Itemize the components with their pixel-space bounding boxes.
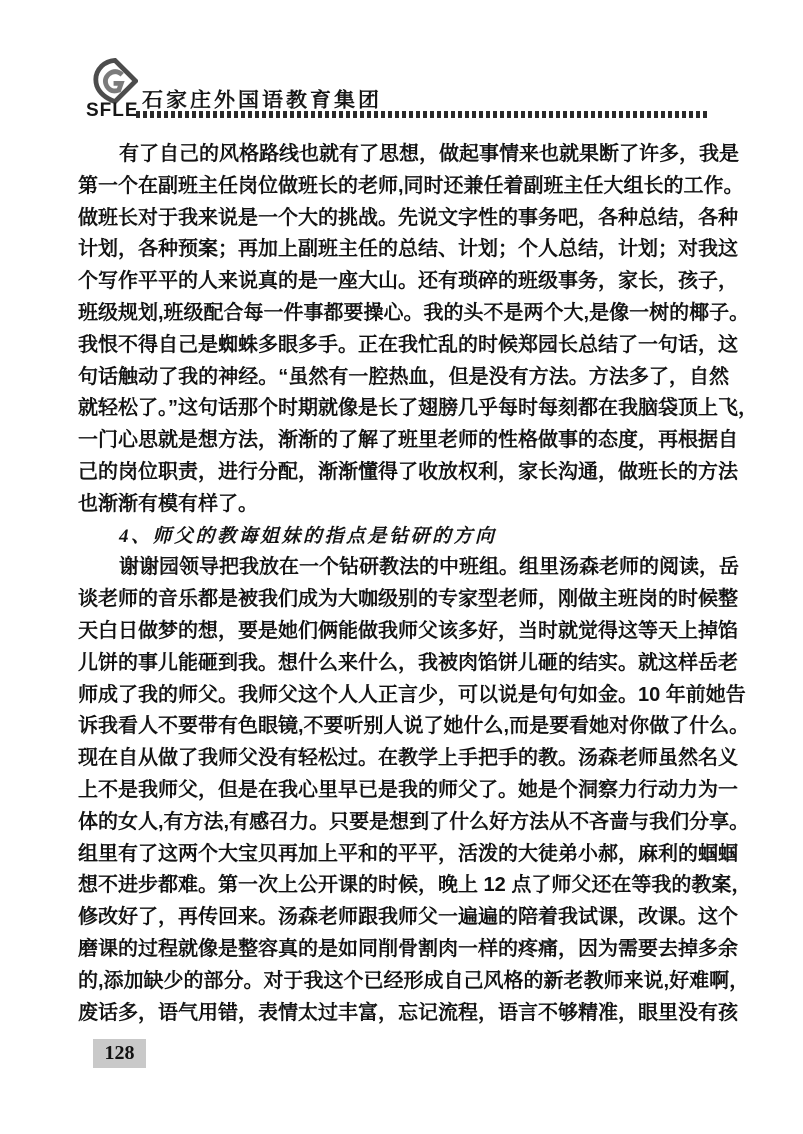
text-line: 句话触动了我的神经。“虽然有一腔热血，但是没有方法。方法多了，自然: [78, 362, 729, 394]
text-line: 组里有了这两个大宝贝再加上平和的平平，活泼的大徒弟小郝，麻利的蝈蝈: [78, 839, 729, 871]
text-line: 废话多，语气用错，表情太过丰富，忘记流程，语言不够精准，眼里没有孩: [78, 998, 729, 1030]
text-line: 上不是我师父，但是在我心里早已是我的师父了。她是个洞察力行动力为一: [78, 775, 729, 807]
org-title: 石家庄外国语教育集团: [142, 85, 382, 114]
text-line: 就轻松了。”这句话那个时期就像是长了翅膀几乎每时每刻都在我脑袋顶上飞，: [78, 393, 729, 425]
text-line: 计划，各种预案；再加上副班主任的总结、计划；个人总结，计划；对我这: [78, 234, 729, 266]
text-line: 师成了我的师父。我师父这个人人正言少，可以说是句句如金。10 年前她告: [78, 680, 729, 712]
text-line: 做班长对于我来说是一个大的挑战。先说文字性的事务吧，各种总结，各种: [78, 203, 729, 235]
text-line: 己的岗位职责，进行分配，渐渐懂得了收放权利，家长沟通，做班长的方法: [78, 457, 729, 489]
text-line: 我恨不得自己是蜘蛛多眼多手。正在我忙乱的时候郑园长总结了一句话，这: [78, 330, 729, 362]
text-line: 体的女人,有方法,有感召力。只要是想到了什么好方法从不吝啬与我们分享。: [78, 807, 729, 839]
header-dotted-rule: [136, 111, 708, 118]
text-line: 也渐渐有模有样了。: [78, 489, 729, 521]
text-line: 天白日做梦的想，要是她们俩能做我师父该多好，当时就觉得这等天上掉馅: [78, 616, 729, 648]
text-line: 儿饼的事儿能砸到我。想什么来什么，我被肉馅饼儿砸的结实。就这样岳老: [78, 648, 729, 680]
text-line: 第一个在副班主任岗位做班长的老师,同时还兼任着副班主任大组长的工作。: [78, 171, 729, 203]
logo-text: SFLE: [86, 100, 142, 122]
text-line: 个写作平平的人来说真的是一座大山。还有琐碎的班级事务，家长，孩子，: [78, 266, 729, 298]
text-line: 班级规划,班级配合每一件事都要操心。我的头不是两个大,是像一树的椰子。: [78, 298, 729, 330]
text-line: 有了自己的风格路线也就有了思想，做起事情来也就果断了许多，我是: [78, 139, 729, 171]
text-line: 修改好了，再传回来。汤森老师跟我师父一遍遍的陪着我试课，改课。这个: [78, 902, 729, 934]
text-line: 想不进步都难。第一次上公开课的时候，晚上 12 点了师父还在等我的教案，: [78, 870, 729, 902]
text-line: 谢谢园领导把我放在一个钻研教法的中班组。组里汤森老师的阅读，岳: [78, 552, 729, 584]
text-line: 现在自从做了我师父没有轻松过。在教学上手把手的教。汤森老师虽然名义: [78, 743, 729, 775]
text-line: 的,添加缺少的部分。对于我这个已经形成自己风格的新老教师来说,好难啊，: [78, 966, 729, 998]
text-line: 一门心思就是想方法，渐渐的了解了班里老师的性格做事的态度，再根据自: [78, 425, 729, 457]
section-heading: 4、师父的教诲姐妹的指点是钻研的方向: [78, 521, 729, 553]
body-text: 有了自己的风格路线也就有了思想，做起事情来也就果断了许多，我是第一个在副班主任岗…: [78, 139, 729, 1029]
text-line: 诉我看人不要带有色眼镜,不要听别人说了她什么,而是要看她对你做了什么。: [78, 711, 729, 743]
text-line: 谈老师的音乐都是被我们成为大咖级别的专家型老师，刚做主班岗的时候整: [78, 584, 729, 616]
text-line: 磨课的过程就像是整容真的是如同削骨割肉一样的疼痛，因为需要去掉多余: [78, 934, 729, 966]
page-number: 128: [93, 1039, 146, 1068]
sfle-emblem-icon: [92, 58, 138, 104]
